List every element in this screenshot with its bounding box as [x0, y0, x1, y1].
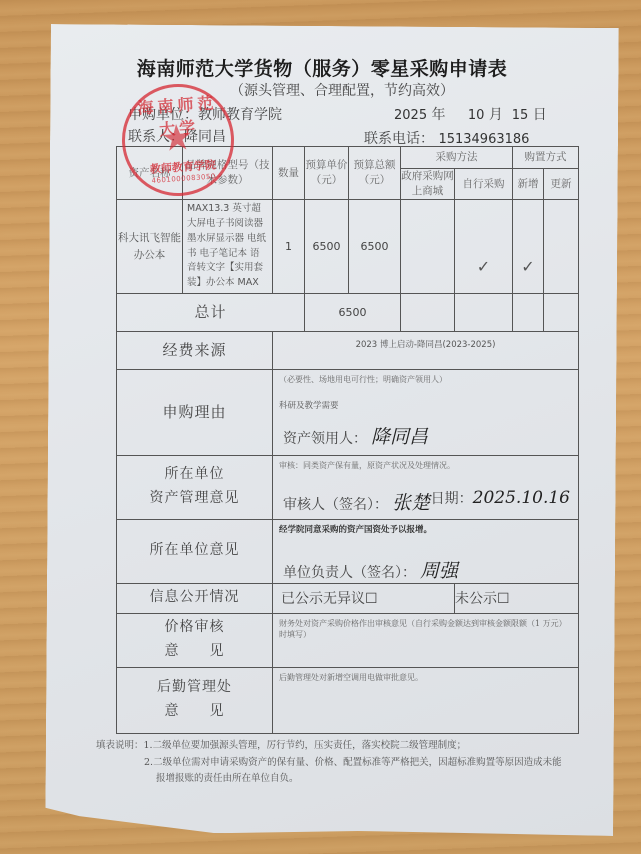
document-title: 海南师范大学货物（服务）零星采购申请表 [82, 54, 562, 81]
header-unit-price: 预算单价（元） [305, 147, 349, 200]
header-total: 预算总额（元） [349, 147, 401, 200]
total-label: 总计 [117, 293, 305, 331]
price-review-label: 价格审核 意 见 [117, 613, 273, 667]
notes-line-2: 2.二级单位需对申请采购资产的保有量、价格、配置标准等严格把关，因超标准购置等原… [96, 755, 576, 772]
document-subtitle: （源头管理、合理配置，节约高效） [230, 80, 454, 100]
cell-type-replace [544, 200, 579, 293]
header-type-new: 新增 [513, 169, 544, 200]
header-method-self: 自行采购 [455, 169, 513, 200]
notes-line-1: 1.二级单位要加强源头管理，厉行节约，压实责任，落实校院二级管理制度； [144, 740, 467, 751]
header-type-replace: 更新 [544, 169, 579, 200]
reviewer-signature: 张楚 [392, 492, 430, 514]
unit-head-line: 单位负责人（签名）：周强 [283, 556, 458, 583]
cell-quantity: 1 [273, 200, 305, 293]
total-value: 6500 [305, 293, 401, 331]
cell-spec: MAX13.3 英寸超大屏电子书阅读器 墨水屏显示器 电纸书 电子笔记本 语音转… [183, 200, 273, 293]
funding-value: 2023 博上启动-降同昌(2023-2025) [273, 332, 578, 350]
reviewer-label: 审核人（签名）： [283, 497, 388, 513]
table-row: 科大讯飞智能办公本 MAX13.3 英寸超大屏电子书阅读器 墨水屏显示器 电纸书… [117, 200, 579, 293]
unit-head-label: 单位负责人（签名）： [283, 565, 416, 581]
phone-value: 15134963186 [438, 132, 529, 147]
asset-mgmt-hint: 审核：同类资产保有量，原资产状况及处理情况。 [273, 456, 578, 475]
header-method-gov: 政府采购网上商城 [401, 169, 455, 200]
disclosure-label: 信息公开情况 [117, 583, 273, 613]
review-date-label: 日期： [431, 491, 473, 507]
disclosure-unpublished-checkbox[interactable]: 未公示☐ [455, 583, 579, 613]
recipient-signature: 降同昌 [371, 426, 428, 448]
phone-label: 联系电话： [364, 131, 434, 147]
date-month: 10 [468, 108, 485, 123]
unit-opinion-row: 所在单位意见 经学院同意采购的资产国资处予以报增。 单位负责人（签名）：周强 [117, 519, 579, 583]
funding-row: 经费来源 2023 博上启动-降同昌(2023-2025) [117, 331, 579, 369]
header-method: 采购方法 [401, 147, 513, 169]
notes-prefix: 填表说明： [96, 740, 144, 751]
header-quantity: 数量 [273, 147, 305, 200]
reason-hint: （必要性、场地用电可行性；明确资产领用人） [273, 370, 578, 389]
notes-line-3: 报增报账的责任由所在单位自负。 [96, 771, 576, 788]
asset-mgmt-label: 所在单位 资产管理意见 [117, 455, 273, 519]
price-review-hint: 财务处对资产采购价格作出审核意见（自行采购金额达到审核金额限额（1 万元）时填写… [273, 614, 578, 644]
logistics-hint: 后勤管理处对新增空调用电做审批意见。 [273, 668, 578, 687]
unit-head-signature: 周强 [420, 560, 458, 582]
price-review-row: 价格审核 意 见 财务处对资产采购价格作出审核意见（自行采购金额达到审核金额限额… [117, 613, 579, 667]
unit-opinion-value: 经学院同意采购的资产国资处予以报增。 [273, 520, 578, 538]
date-day: 15 [512, 108, 529, 123]
contact-phone: 联系电话： 15134963186 [364, 128, 529, 148]
asset-mgmt-row: 所在单位 资产管理意见 审核：同类资产保有量，原资产状况及处理情况。 审核人（签… [117, 455, 579, 519]
reviewer-line: 审核人（签名）：张楚 [283, 488, 430, 515]
review-date: 日期：2025.10.16 [431, 488, 570, 508]
date-year-label: 年 [432, 107, 446, 123]
total-row: 总计 6500 [117, 293, 579, 331]
date-day-label: 日 [533, 107, 547, 123]
disclosure-row: 信息公开情况 已公示无异议☐ 未公示☐ [117, 583, 579, 613]
reason-value: 科研及教学需要 [273, 399, 578, 411]
cell-total: 6500 [349, 200, 401, 293]
unit-opinion-label: 所在单位意见 [117, 519, 273, 583]
recipient-label: 资产领用人： [283, 431, 367, 447]
filling-instructions: 填表说明：1.二级单位要加强源头管理，厉行节约，压实责任，落实校院二级管理制度；… [96, 738, 576, 788]
recipient-line: 资产领用人：降同昌 [283, 422, 428, 449]
cell-method-self-checkmark: ✓ [455, 200, 513, 293]
disclosure-published-checkbox[interactable]: 已公示无异议☐ [273, 583, 455, 613]
review-date-value: 2025.10.16 [473, 488, 570, 508]
cell-unit-price: 6500 [305, 200, 349, 293]
logistics-row: 后勤管理处 意 见 后勤管理处对新增空调用电做审批意见。 [117, 667, 579, 733]
funding-label: 经费来源 [117, 331, 273, 369]
logistics-label: 后勤管理处 意 见 [117, 667, 273, 733]
date-month-label: 月 [489, 107, 503, 123]
stamp-star-icon: ★ [160, 120, 195, 158]
cell-asset-name: 科大讯飞智能办公本 [117, 200, 183, 293]
reason-label: 申购理由 [117, 369, 273, 455]
procurement-form-table: 资产名称 品牌规格型号（技术参数） 数量 预算单价（元） 预算总额（元） 采购方… [116, 146, 579, 734]
cell-type-new-checkmark: ✓ [513, 200, 544, 293]
date-year: 2025 [394, 108, 427, 123]
application-date: 2025 年 10 月 15 日 [394, 104, 547, 124]
cell-method-gov [401, 200, 455, 293]
reason-row: 申购理由 （必要性、场地用电可行性；明确资产领用人） 科研及教学需要 资产领用人… [117, 369, 579, 455]
header-purchase-type: 购置方式 [513, 147, 579, 169]
